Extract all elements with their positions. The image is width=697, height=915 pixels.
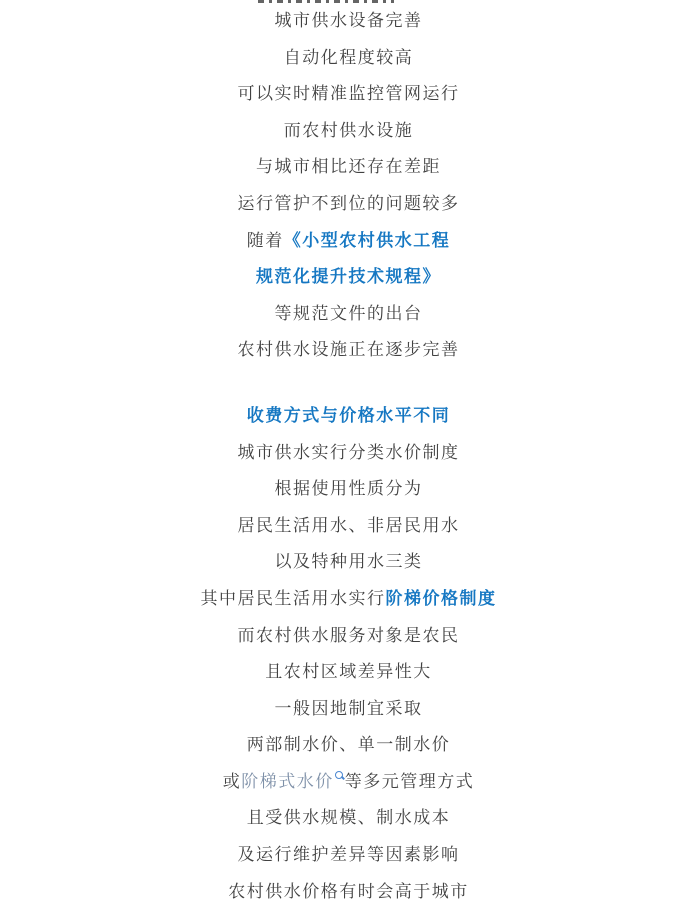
text-line: 其中居民生活用水实行阶梯价格制度 — [0, 581, 697, 618]
text-line: 规范化提升技术规程》 — [0, 259, 697, 296]
line-text: 或 — [223, 772, 242, 791]
article-body: 城市供水设备完善 自动化程度较高 可以实时精准监控管网运行 而农村供水设施 与城… — [0, 0, 697, 910]
line-text: 农村供水设施正在逐步完善 — [238, 340, 460, 359]
text-line: 农村供水价格有时会高于城市 — [0, 874, 697, 911]
line-text: 及运行维护差异等因素影响 — [238, 845, 460, 864]
text-line: 自动化程度较高 — [0, 40, 697, 77]
text-line: 一般因地制宜采取 — [0, 691, 697, 728]
line-text: 且农村区域差异性大 — [265, 662, 432, 681]
search-icon[interactable] — [335, 771, 343, 779]
section-heading: 收费方式与价格水平不同 — [0, 398, 697, 435]
line-text: 居民生活用水、非居民用水 — [238, 516, 460, 535]
text-line: 且农村区域差异性大 — [0, 654, 697, 691]
line-text: 且受供水规模、制水成本 — [247, 808, 451, 827]
text-line: 与城市相比还存在差距 — [0, 149, 697, 186]
line-text: 其中居民生活用水实行 — [201, 589, 386, 608]
book-title-text: 《小型农村供水工程 — [284, 231, 451, 250]
text-line: 农村供水设施正在逐步完善 — [0, 332, 697, 369]
section-heading-text: 收费方式与价格水平不同 — [247, 406, 451, 425]
line-text: 以及特种用水三类 — [275, 552, 423, 571]
text-line: 可以实时精准监控管网运行 — [0, 76, 697, 113]
line-text: 等规范文件的出台 — [275, 304, 423, 323]
text-line: 且受供水规模、制水成本 — [0, 800, 697, 837]
line-text: 城市供水设备完善 — [275, 11, 423, 30]
search-entity-link[interactable]: 阶梯式水价 — [241, 772, 334, 791]
text-line: 或阶梯式水价等多元管理方式 — [0, 764, 697, 801]
text-line: 运行管护不到位的问题较多 — [0, 186, 697, 223]
emphasis-text: 阶梯价格制度 — [386, 589, 497, 608]
line-text: 与城市相比还存在差距 — [256, 157, 441, 176]
text-line: 城市供水实行分类水价制度 — [0, 435, 697, 472]
line-text: 两部制水价、单一制水价 — [247, 735, 451, 754]
line-text: 一般因地制宜采取 — [275, 699, 423, 718]
line-text: 运行管护不到位的问题较多 — [238, 194, 460, 213]
text-line: 居民生活用水、非居民用水 — [0, 508, 697, 545]
text-line: 随着《小型农村供水工程 — [0, 223, 697, 260]
line-text: 随着 — [247, 231, 284, 250]
text-line: 而农村供水设施 — [0, 113, 697, 150]
text-line: 城市供水设备完善 — [0, 3, 697, 40]
text-line: 等规范文件的出台 — [0, 296, 697, 333]
line-text: 农村供水价格有时会高于城市 — [228, 882, 469, 901]
line-text: 可以实时精准监控管网运行 — [238, 84, 460, 103]
text-line: 以及特种用水三类 — [0, 544, 697, 581]
clipped-text-fragment — [258, 0, 394, 3]
book-title-text: 规范化提升技术规程》 — [256, 267, 441, 286]
line-text: 城市供水实行分类水价制度 — [238, 443, 460, 462]
line-text: 自动化程度较高 — [284, 48, 414, 67]
line-text: 等多元管理方式 — [345, 772, 475, 791]
line-text: 而农村供水服务对象是农民 — [238, 626, 460, 645]
text-line: 根据使用性质分为 — [0, 471, 697, 508]
text-line: 两部制水价、单一制水价 — [0, 727, 697, 764]
line-text: 而农村供水设施 — [284, 121, 414, 140]
article-page: 城市供水设备完善 自动化程度较高 可以实时精准监控管网运行 而农村供水设施 与城… — [0, 0, 697, 915]
text-line: 及运行维护差异等因素影响 — [0, 837, 697, 874]
line-text: 根据使用性质分为 — [275, 479, 423, 498]
text-line: 而农村供水服务对象是农民 — [0, 618, 697, 655]
